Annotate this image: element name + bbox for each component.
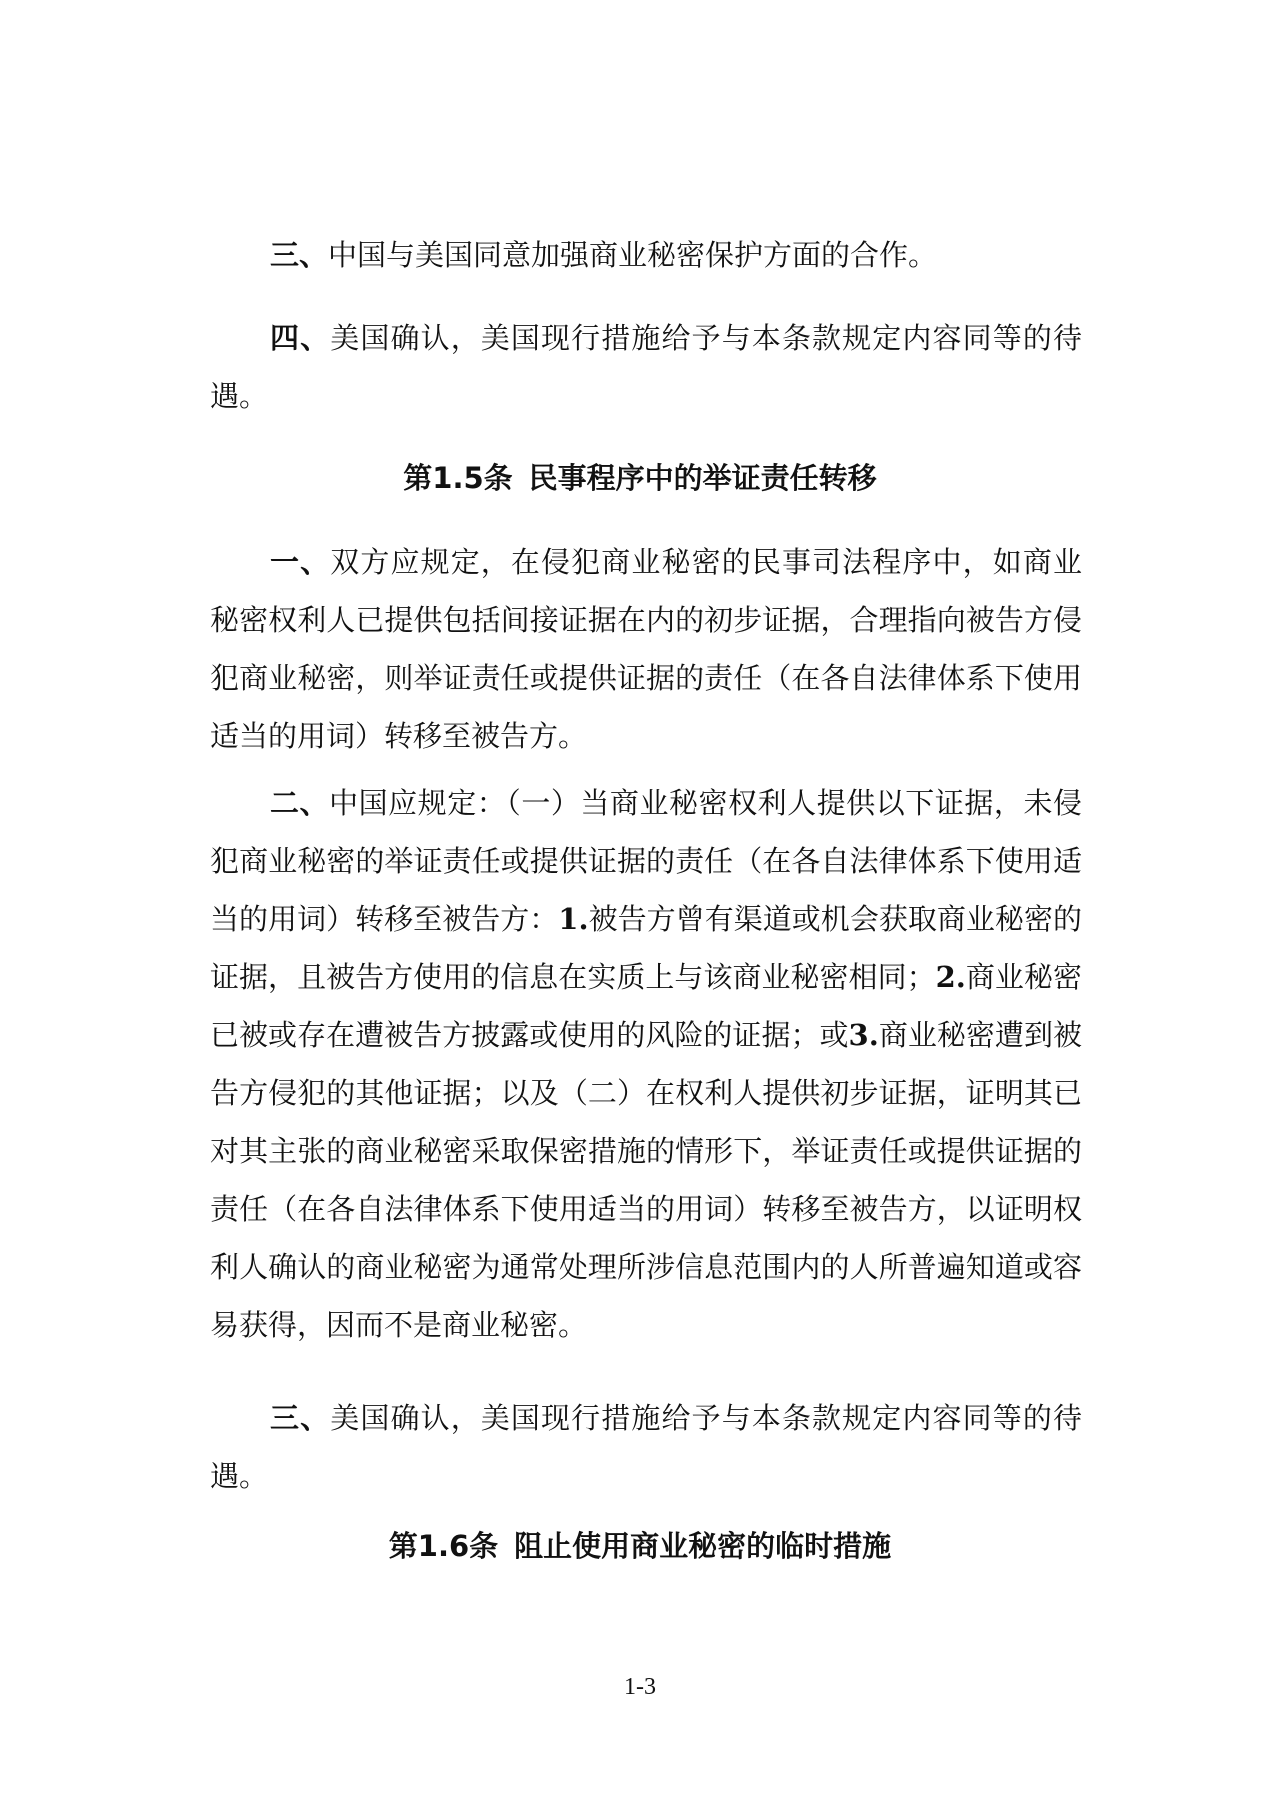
paragraph-number: 三、 bbox=[270, 238, 328, 272]
paragraph-us-confirmation: 四、美国确认，美国现行措施给予与本条款规定内容同等的待遇。 bbox=[210, 309, 1082, 425]
item-number: 3. bbox=[849, 1018, 879, 1052]
article-title: 阻止使用商业秘密的临时措施 bbox=[514, 1529, 891, 1563]
paragraph-cooperation: 三、中国与美国同意加强商业秘密保护方面的合作。 bbox=[210, 226, 1082, 284]
paragraph-text: 双方应规定，在侵犯商业秘密的民事司法程序中，如商业秘密权利人已提供包括间接证据在… bbox=[210, 545, 1082, 753]
article-number: 第1.5条 bbox=[403, 461, 512, 495]
item-number: 2. bbox=[936, 960, 966, 994]
paragraph-number: 三、 bbox=[270, 1401, 330, 1435]
article-1-5-paragraph-2: 二、中国应规定：（一）当商业秘密权利人提供以下证据，未侵犯商业秘密的举证责任或提… bbox=[210, 774, 1082, 1354]
item-number: 1. bbox=[558, 902, 588, 936]
article-number: 第1.6条 bbox=[389, 1529, 498, 1563]
article-1-6-heading: 第1.6条阻止使用商业秘密的临时措施 bbox=[0, 1526, 1280, 1566]
paragraph-number: 一、 bbox=[270, 545, 330, 579]
paragraph-text: 美国确认，美国现行措施给予与本条款规定内容同等的待遇。 bbox=[210, 1401, 1082, 1493]
article-1-5-paragraph-1: 一、双方应规定，在侵犯商业秘密的民事司法程序中，如商业秘密权利人已提供包括间接证… bbox=[210, 533, 1082, 765]
paragraph-text: 美国确认，美国现行措施给予与本条款规定内容同等的待遇。 bbox=[210, 321, 1082, 413]
paragraph-text: 商业秘密遭到被告方侵犯的其他证据；以及（二）在权利人提供初步证据，证明其已对其主… bbox=[210, 1018, 1082, 1342]
page-number: 1-3 bbox=[0, 1674, 1280, 1701]
paragraph-number: 四、 bbox=[270, 321, 330, 355]
document-page: 三、中国与美国同意加强商业秘密保护方面的合作。 四、美国确认，美国现行措施给予与… bbox=[0, 0, 1280, 1810]
article-1-5-heading: 第1.5条民事程序中的举证责任转移 bbox=[0, 458, 1280, 498]
article-title: 民事程序中的举证责任转移 bbox=[529, 461, 877, 495]
article-1-5-paragraph-3: 三、美国确认，美国现行措施给予与本条款规定内容同等的待遇。 bbox=[210, 1389, 1082, 1505]
paragraph-number: 二、 bbox=[270, 786, 329, 820]
paragraph-text: 中国与美国同意加强商业秘密保护方面的合作。 bbox=[328, 238, 937, 272]
